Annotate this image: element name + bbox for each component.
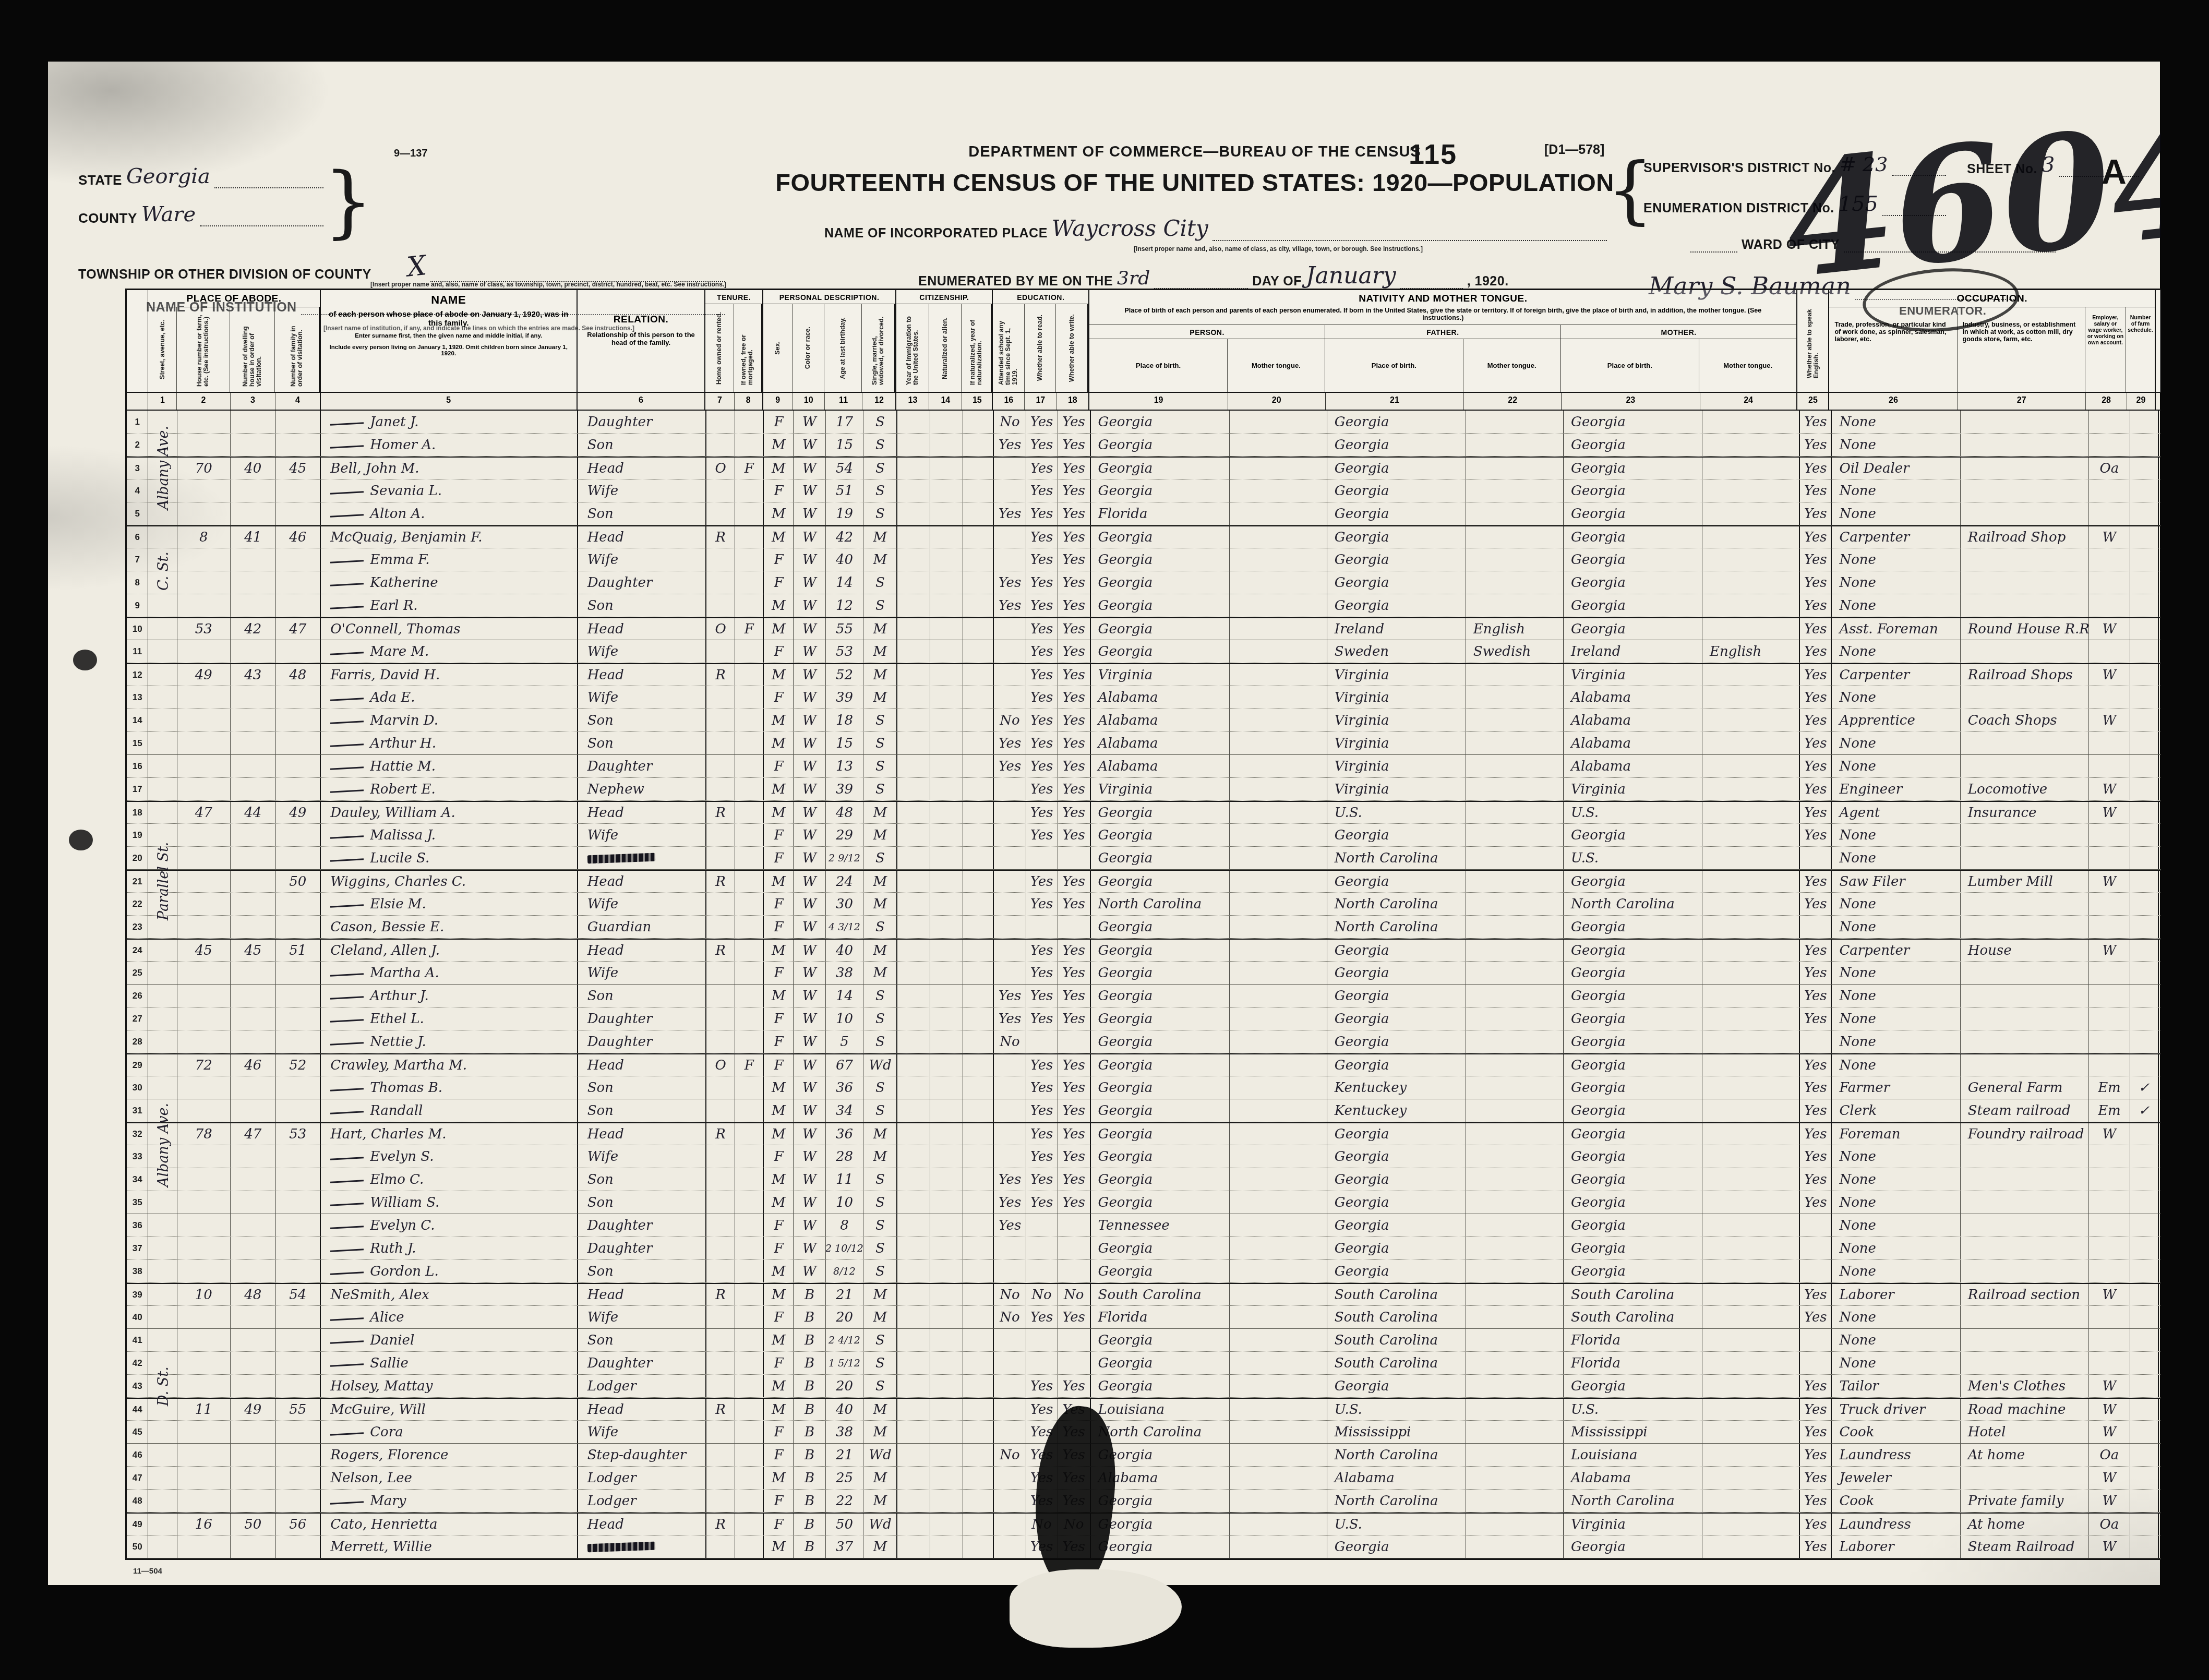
- cell-name: Crawley, Martha M.: [321, 1054, 578, 1076]
- cell-sx: M: [764, 1076, 794, 1099]
- cell-sx: M: [764, 1260, 794, 1282]
- cell-pmt: [1230, 548, 1327, 571]
- cell-c14: [930, 755, 963, 777]
- cell-fb: Virginia: [1327, 755, 1466, 777]
- cell-oc: Asst. Foreman: [1832, 618, 1960, 640]
- cell: [330, 1226, 364, 1229]
- cell-pb: Georgia: [1091, 548, 1230, 571]
- cell-house: 49: [177, 664, 231, 686]
- cell-t7: R: [706, 1284, 735, 1305]
- column-number-1: 1: [148, 393, 177, 410]
- column-header-sx: Sex.: [763, 304, 793, 392]
- scan-edge-right: [2161, 0, 2209, 1680]
- cell-dwell: [231, 502, 276, 525]
- cell-m: M: [863, 940, 897, 961]
- column-number-3: 3: [231, 393, 276, 410]
- form-header: 9—137 STATE Georgia COUNTY Ware TOWNSHIP…: [47, 60, 2160, 289]
- cell-rel: Head: [578, 1399, 706, 1420]
- cell-fs: [2130, 548, 2159, 571]
- cell-oc: Tailor: [1832, 1375, 1960, 1397]
- cell-s16: No: [994, 709, 1026, 731]
- place-note: [Insert proper name and, also, name of c…: [1043, 246, 1513, 253]
- cell-line: 8: [127, 571, 148, 594]
- table-row: 42SallieDaughterFB1 5/12SGeorgiaSouth Ca…: [127, 1352, 2190, 1375]
- cell-a: 5: [826, 1030, 864, 1053]
- cell-line: 34: [127, 1168, 148, 1191]
- cell: Sex.Color or race.Age at last birthday.S…: [763, 304, 896, 392]
- cell-en: Yes: [1800, 778, 1832, 800]
- cell-en: Yes: [1800, 1191, 1832, 1214]
- cell-c13: [897, 571, 930, 594]
- cell-fam: 54: [276, 1284, 321, 1305]
- cell-rd: Yes: [1026, 1191, 1058, 1214]
- cell-oc: None: [1832, 640, 1960, 663]
- cell-t7: [706, 1352, 735, 1374]
- table-row: 16Hattie M.DaughterFW13SYesYesYesAlabama…: [127, 755, 2190, 778]
- cell-oc: None: [1832, 1329, 1960, 1351]
- cell-s16: [994, 1329, 1026, 1351]
- cell-en: [1800, 1329, 1832, 1351]
- enum-day-value: 3rd: [1117, 268, 1150, 289]
- cell-c14: [930, 1145, 963, 1168]
- table-row: 33Evelyn S.WifeFW28MYesYesGeorgiaGeorgia…: [127, 1145, 2190, 1168]
- cell: [330, 1088, 364, 1091]
- cell-fs: [2130, 618, 2159, 640]
- cell-fb: Georgia: [1327, 458, 1466, 479]
- cell-rd: Yes: [1026, 802, 1058, 823]
- cell-c: W: [794, 1054, 825, 1076]
- cell-fb: U.S.: [1327, 1399, 1466, 1420]
- cell: [330, 1042, 364, 1045]
- cell-emp: [2089, 1007, 2130, 1030]
- cell-emp: [2089, 411, 2130, 433]
- cell-fmt: [1466, 985, 1564, 1007]
- cell-sx: F: [764, 962, 794, 984]
- cell-emp: [2089, 640, 2130, 663]
- cell-pmt: [1230, 1514, 1327, 1535]
- cell-en: [1800, 1352, 1832, 1374]
- cell-emp: [2089, 755, 2130, 777]
- page-stamp-115: 115: [1409, 138, 1457, 171]
- cell-oc: Farmer: [1832, 1076, 1960, 1099]
- cell-pb: Alabama: [1091, 755, 1230, 777]
- cell-fb: Alabama: [1327, 1467, 1466, 1489]
- cell-rel: Son: [578, 434, 706, 456]
- cell-rd: Yes: [1026, 411, 1058, 433]
- street-label: Parallel St.: [149, 778, 178, 985]
- cell-house: [177, 594, 231, 617]
- cell-fs: [2130, 1375, 2159, 1397]
- table-row: 23Cason, Bessie E.GuardianFW4 3/12SGeorg…: [127, 916, 2190, 939]
- census-table: PLACE OF ABODE.Street, avenue, etc.House…: [125, 289, 2209, 1560]
- cell-line: 23: [127, 916, 148, 938]
- cell-pmt: [1230, 1375, 1327, 1397]
- cell-sx: F: [764, 1352, 794, 1374]
- census-title: FOURTEENTH CENSUS OF THE UNITED STATES: …: [720, 168, 1670, 197]
- cell-line: 27: [127, 1007, 148, 1030]
- cell-c: W: [794, 1191, 825, 1214]
- cell-c15: [963, 962, 994, 984]
- cell-s16: [994, 664, 1026, 686]
- cell-house: [177, 686, 231, 709]
- cell-name: McQuaig, Benjamin F.: [321, 526, 578, 548]
- cell-a: 29: [826, 824, 864, 846]
- cell-wr: Yes: [1058, 1375, 1091, 1397]
- cell-fam: [276, 1306, 321, 1328]
- department-line: DEPARTMENT OF COMMERCE—BUREAU OF THE CEN…: [720, 143, 1670, 161]
- cell-emp: W: [2089, 1421, 2130, 1443]
- cell-t8: F: [735, 618, 764, 640]
- cell-fmt: [1466, 1145, 1564, 1168]
- cell-en: Yes: [1800, 664, 1832, 686]
- cell-oc: None: [1832, 847, 1960, 869]
- cell-ind: Round House R.R.: [1961, 618, 2089, 640]
- cell-rel: Son: [578, 1329, 706, 1351]
- cell-fmt: [1466, 824, 1564, 846]
- cell-pb: Alabama: [1091, 732, 1230, 754]
- cell-fam: [276, 709, 321, 731]
- cell-fam: 50: [276, 871, 321, 892]
- cell-mmt: [1702, 479, 1800, 502]
- cell-c14: [930, 526, 963, 548]
- cell: Street, avenue, etc.: [159, 318, 166, 381]
- cell-fs: [2130, 1329, 2159, 1351]
- cell-fb: Georgia: [1327, 1007, 1466, 1030]
- cell-a: 17: [826, 411, 864, 433]
- column-number-5: 5: [321, 393, 578, 410]
- cell-c15: [963, 824, 994, 846]
- cell-en: Yes: [1800, 1399, 1832, 1420]
- cell-a: 2 9/12: [826, 847, 864, 869]
- cell-c14: [930, 1421, 963, 1443]
- cell-ind: [1961, 847, 2089, 869]
- cell-fs: [2130, 571, 2159, 594]
- cell-pb: Georgia: [1091, 1168, 1230, 1191]
- cell-rel: Head: [578, 1284, 706, 1305]
- census-scan: 9—137 STATE Georgia COUNTY Ware TOWNSHIP…: [0, 0, 2209, 1680]
- cell-m: M: [863, 1284, 897, 1305]
- cell-a: 8/12: [826, 1260, 864, 1282]
- cell-m: S: [863, 411, 897, 433]
- cell-t8: [735, 1490, 764, 1512]
- cell-emp: W: [2089, 618, 2130, 640]
- cell-wr: Yes: [1058, 709, 1091, 731]
- cell-sx: M: [764, 732, 794, 754]
- cell-c: B: [794, 1444, 825, 1466]
- cell-c15: [963, 755, 994, 777]
- cell-c: W: [794, 1260, 825, 1282]
- cell-line: 47: [127, 1467, 148, 1489]
- cell-m: S: [863, 916, 897, 938]
- cell-fmt: [1466, 778, 1564, 800]
- cell-fam: [276, 778, 321, 800]
- cell-c14: [930, 962, 963, 984]
- cell-c13: [897, 1306, 930, 1328]
- cell-mb: South Carolina: [1564, 1306, 1702, 1328]
- cell-ind: [1961, 1237, 2089, 1259]
- cell-oc: None: [1832, 1168, 1960, 1191]
- county-label: COUNTY: [78, 210, 137, 226]
- cell-rel: Son: [578, 1076, 706, 1099]
- cell-wr: Yes: [1058, 548, 1091, 571]
- cell-c15: [963, 1329, 994, 1351]
- cell-c13: [897, 778, 930, 800]
- cell-t8: [735, 940, 764, 961]
- cell-fmt: [1466, 1284, 1564, 1305]
- cell-rd: Yes: [1026, 1145, 1058, 1168]
- cell-c15: [963, 1030, 994, 1053]
- cell-mb: Georgia: [1564, 1145, 1702, 1168]
- cell-pmt: [1230, 502, 1327, 525]
- cell-line: 42: [127, 1352, 148, 1374]
- column-number-15: 15: [962, 393, 993, 410]
- cell-dwell: [231, 548, 276, 571]
- cell-pb: Georgia: [1091, 1030, 1230, 1053]
- cell: CITIZENSHIP.: [896, 290, 992, 304]
- cell-wr: Yes: [1058, 526, 1091, 548]
- cell-oc: Carpenter: [1832, 526, 1960, 548]
- column-header-wr: Whether able to write.: [1056, 304, 1088, 392]
- cell-rel: Son: [578, 1191, 706, 1214]
- cell-line: 36: [127, 1214, 148, 1237]
- cell-t7: [706, 1237, 735, 1259]
- cell-pb: Georgia: [1091, 1329, 1230, 1351]
- cell-dwell: [231, 1030, 276, 1053]
- cell-pmt: [1230, 709, 1327, 731]
- cell-c: W: [794, 1123, 825, 1145]
- cell-c15: [963, 709, 994, 731]
- cell-fs: [2130, 893, 2159, 915]
- cell-pb: Georgia: [1091, 411, 1230, 433]
- cell-line: 15: [127, 732, 148, 754]
- cell-sx: M: [764, 1329, 794, 1351]
- cell-c13: [897, 1099, 930, 1122]
- cell-c: W: [794, 916, 825, 938]
- cell-sx: M: [764, 940, 794, 961]
- cell-c: W: [794, 640, 825, 663]
- cell-fb: North Carolina: [1327, 847, 1466, 869]
- cell-name: Mary: [321, 1490, 578, 1512]
- cell: [330, 1111, 364, 1114]
- cell-mmt: English: [1702, 640, 1800, 663]
- cell-fmt: [1466, 548, 1564, 571]
- cell-pb: Georgia: [1091, 962, 1230, 984]
- cell-en: Yes: [1800, 709, 1832, 731]
- cell-ind: [1961, 962, 2089, 984]
- cell-mmt: [1702, 985, 1800, 1007]
- cell-dwell: 49: [231, 1399, 276, 1420]
- cell-dwell: [231, 1375, 276, 1397]
- column-header-rd: Whether able to read.: [1025, 304, 1056, 392]
- cell-t7: [706, 1145, 735, 1168]
- cell-rd: Yes: [1026, 1123, 1058, 1145]
- cell-wr: Yes: [1058, 458, 1091, 479]
- cell-mmt: [1702, 1076, 1800, 1099]
- cell-fs: [2130, 1399, 2159, 1420]
- cell-ind: [1961, 1329, 2089, 1351]
- cell-fs: [2130, 1007, 2159, 1030]
- cell-oc: Clerk: [1832, 1099, 1960, 1122]
- cell: Street, avenue, etc.House number or farm…: [148, 307, 319, 392]
- cell-fam: [276, 1421, 321, 1443]
- cell-pb: Georgia: [1091, 1123, 1230, 1145]
- cell-t7: [706, 411, 735, 433]
- cell-c15: [963, 1123, 994, 1145]
- cell-fmt: [1466, 686, 1564, 709]
- cell-a: 40: [826, 940, 864, 961]
- cell-a: 21: [826, 1444, 864, 1466]
- cell-pb: Georgia: [1091, 1352, 1230, 1374]
- cell-line: 29: [127, 1054, 148, 1076]
- cell-oc: None: [1832, 824, 1960, 846]
- cell-m: M: [863, 1399, 897, 1420]
- cell-house: [177, 893, 231, 915]
- cell-emp: [2089, 1168, 2130, 1191]
- cell-mb: Florida: [1564, 1352, 1702, 1374]
- cell-ind: Coach Shops: [1961, 709, 2089, 731]
- cell-en: Yes: [1800, 1054, 1832, 1076]
- cell-name: Bell, John M.: [321, 458, 578, 479]
- cell-fb: Georgia: [1327, 1145, 1466, 1168]
- cell-mmt: [1702, 755, 1800, 777]
- cell-fam: [276, 1145, 321, 1168]
- cell-fb: Georgia: [1327, 502, 1466, 525]
- cell-ind: [1961, 1214, 2089, 1237]
- cell-dwell: [231, 1421, 276, 1443]
- cell-wr: Yes: [1058, 640, 1091, 663]
- cell-rd: Yes: [1026, 1076, 1058, 1099]
- cell: [330, 858, 364, 861]
- cell-s16: [994, 458, 1026, 479]
- cell-line: 40: [127, 1306, 148, 1328]
- cell-mb: Virginia: [1564, 664, 1702, 686]
- cell-fb: Kentuckey: [1327, 1099, 1466, 1122]
- table-row: 18474449Dauley, William A.HeadRMW48MYesY…: [127, 801, 2190, 824]
- cell-name: Rogers, Florence: [321, 1444, 578, 1466]
- subheader-place-of-birth: Place of birth.: [1561, 339, 1699, 392]
- cell-c15: [963, 916, 994, 938]
- cell-s16: [994, 1054, 1026, 1076]
- cell-c: W: [794, 686, 825, 709]
- cell-c15: [963, 1467, 994, 1489]
- cell-a: 53: [826, 640, 864, 663]
- cell-c13: [897, 1191, 930, 1214]
- cell-c: B: [794, 1284, 825, 1305]
- cell-name: Alice: [321, 1306, 578, 1328]
- cell-a: 37: [826, 1535, 864, 1558]
- cell-fb: Georgia: [1327, 1237, 1466, 1259]
- cell-c15: [963, 985, 994, 1007]
- cell-rd: Yes: [1026, 1399, 1058, 1420]
- cell-dwell: [231, 732, 276, 754]
- cell-pmt: [1230, 940, 1327, 961]
- cell-mb: Georgia: [1564, 1168, 1702, 1191]
- cell-en: [1800, 1030, 1832, 1053]
- cell-mb: Georgia: [1564, 618, 1702, 640]
- cell-a: 40: [826, 1399, 864, 1420]
- cell-wr: Yes: [1058, 778, 1091, 800]
- cell-t7: [706, 1168, 735, 1191]
- cell-c15: [963, 847, 994, 869]
- cell-sx: M: [764, 1467, 794, 1489]
- cell-pb: Virginia: [1091, 778, 1230, 800]
- cell-c: W: [794, 802, 825, 823]
- cell-line: 7: [127, 548, 148, 571]
- column-number-4: 4: [275, 393, 321, 410]
- cell-mb: Alabama: [1564, 1467, 1702, 1489]
- cell-c: W: [794, 1168, 825, 1191]
- cell-fmt: Swedish: [1466, 640, 1564, 663]
- cell-oc: Jeweler: [1832, 1467, 1960, 1489]
- cell-oc: None: [1832, 755, 1960, 777]
- cell-c: W: [794, 479, 825, 502]
- cell-en: [1800, 1260, 1832, 1282]
- cell-oc: None: [1832, 686, 1960, 709]
- cell-t8: [735, 1421, 764, 1443]
- cell: PERSONAL DESCRIPTION.: [763, 290, 896, 304]
- cell-en: Yes: [1800, 1099, 1832, 1122]
- cell-c: W: [794, 962, 825, 984]
- column-header-house: House number or farm, etc. (See instruct…: [177, 307, 230, 392]
- table-row: 2Homer A.SonMW15SYesYesYesGeorgiaGeorgia…: [127, 434, 2190, 457]
- cell-c: W: [794, 1030, 825, 1053]
- cell-c15: [963, 1076, 994, 1099]
- cell-c14: [930, 664, 963, 686]
- cell-emp: W: [2089, 1123, 2130, 1145]
- cell-s16: Yes: [994, 985, 1026, 1007]
- cell-c14: [930, 1076, 963, 1099]
- cell-fb: Ireland: [1327, 618, 1466, 640]
- cell-pmt: [1230, 618, 1327, 640]
- table-row: 684146McQuaig, Benjamin F.HeadRMW42MYesY…: [127, 525, 2190, 548]
- cell-s16: [994, 1260, 1026, 1282]
- cell-pb: Florida: [1091, 502, 1230, 525]
- cell-fmt: [1466, 411, 1564, 433]
- cell-t7: [706, 755, 735, 777]
- cell-fs: [2130, 458, 2159, 479]
- cell-fam: [276, 962, 321, 984]
- cell-c14: [930, 479, 963, 502]
- cell-rd: Yes: [1026, 732, 1058, 754]
- group-relation: RELATION.Relationship of this person to …: [578, 290, 706, 392]
- cell-house: [177, 985, 231, 1007]
- table-row: 37Ruth J.DaughterFW2 10/12SGeorgiaGeorgi…: [127, 1237, 2190, 1260]
- cell-t7: [706, 1260, 735, 1282]
- table-row: 30Thomas B.SonMW36SYesYesGeorgiaKentucke…: [127, 1076, 2190, 1099]
- cell: [330, 698, 364, 701]
- cell-t8: [735, 1145, 764, 1168]
- cell-mmt: [1702, 618, 1800, 640]
- cell-mb: North Carolina: [1564, 893, 1702, 915]
- cell-fam: [276, 824, 321, 846]
- cell-fmt: [1466, 871, 1564, 892]
- cell-t8: F: [735, 1054, 764, 1076]
- cell-name: Farris, David H.: [321, 664, 578, 686]
- cell: [330, 1203, 364, 1206]
- cell-mmt: [1702, 1306, 1800, 1328]
- cell-oc: Foreman: [1832, 1123, 1960, 1145]
- table-row: 39104854NeSmith, AlexHeadRMB21MNoNoNoSou…: [127, 1283, 2190, 1306]
- cell-en: [1800, 916, 1832, 938]
- cell-t8: [735, 916, 764, 938]
- cell-fs: [2130, 847, 2159, 869]
- cell-mmt: [1702, 1191, 1800, 1214]
- cell-c13: [897, 1490, 930, 1512]
- bracket-code: [D1—578]: [1544, 142, 1604, 158]
- cell-a: 8: [826, 1214, 864, 1237]
- cell-c15: [963, 458, 994, 479]
- cell-rd: Yes: [1026, 571, 1058, 594]
